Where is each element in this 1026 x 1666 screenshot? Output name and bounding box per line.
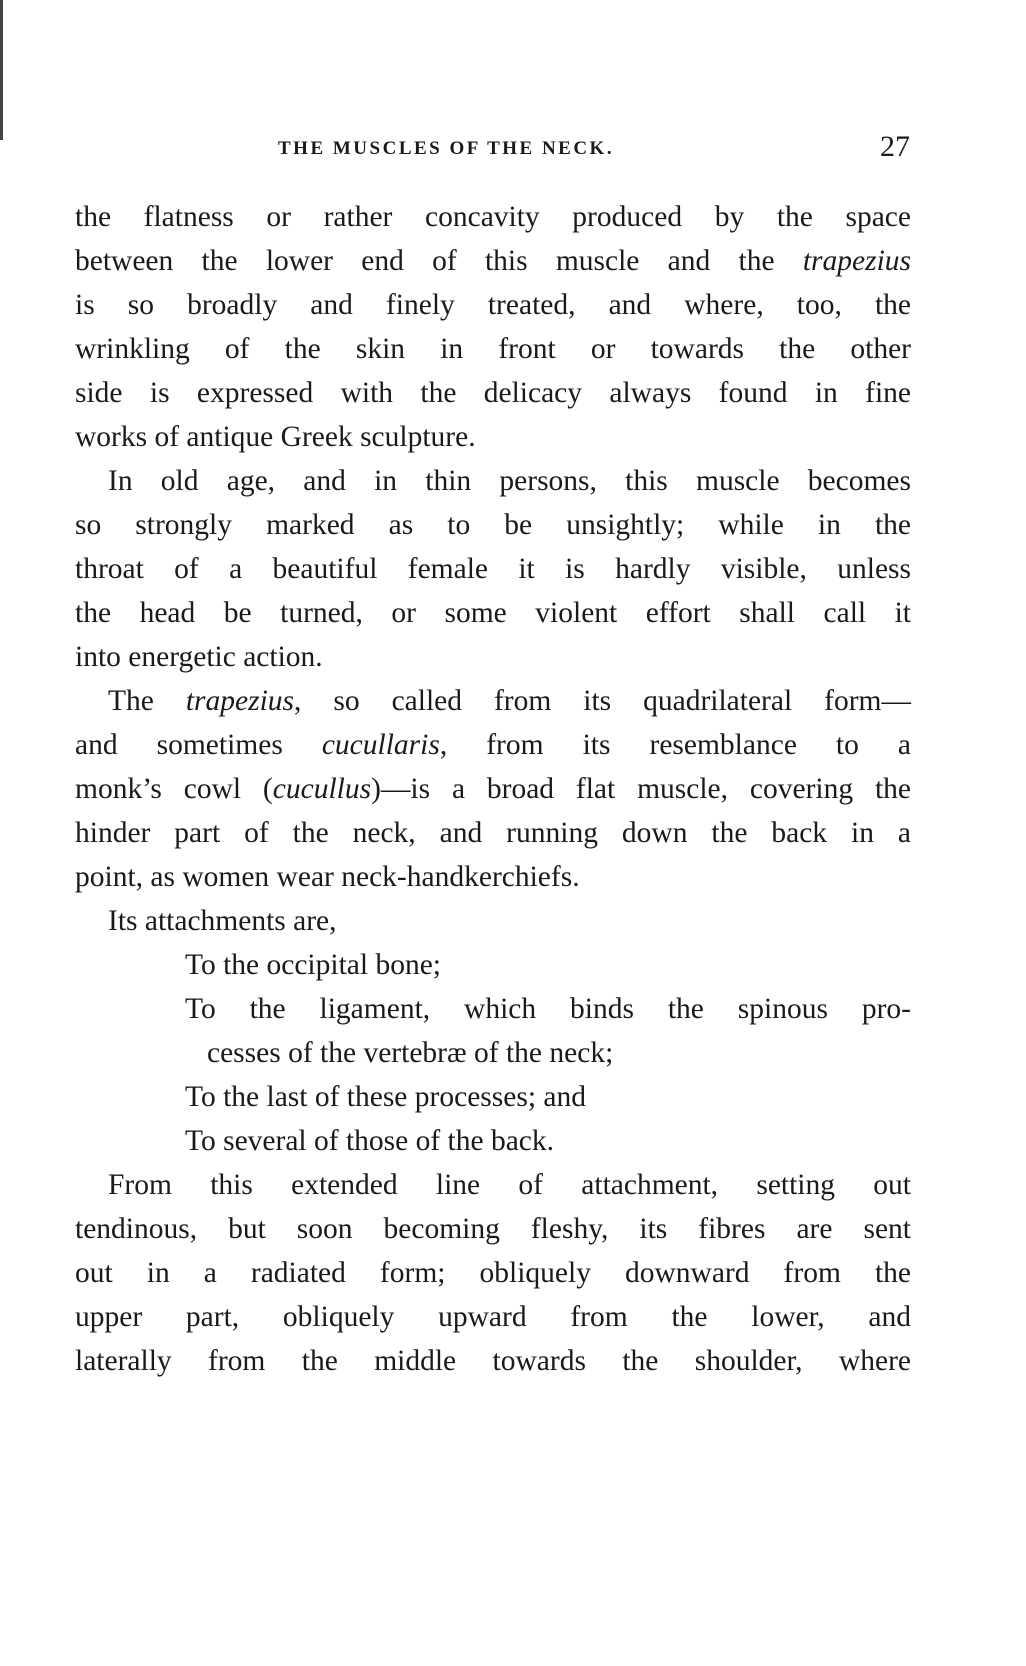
text-line: is so broadly and finely treated, and wh… — [75, 283, 911, 327]
italic-term: cucullus — [273, 773, 371, 805]
page-body: the flatness or rather concavity produce… — [75, 195, 911, 1383]
italic-term: trapezius — [186, 685, 294, 717]
text-line: side is expressed with the delicacy alwa… — [75, 371, 911, 415]
text-line: In old age, and in thin persons, this mu… — [75, 459, 911, 503]
page-edge-shadow — [0, 0, 3, 140]
text-line: out in a radiated form; obliquely downwa… — [75, 1251, 911, 1295]
text-line: throat of a beautiful female it is hardl… — [75, 547, 911, 591]
text-line: From this extended line of attachment, s… — [75, 1163, 911, 1207]
italic-term: trapezius — [803, 245, 911, 277]
text-line: between the lower end of this muscle and… — [75, 239, 911, 283]
text-line: laterally from the middle towards the sh… — [75, 1339, 911, 1383]
running-title: THE MUSCLES OF THE NECK. — [278, 138, 614, 160]
text-line: monk’s cowl (cucullus)—is a broad flat m… — [75, 767, 911, 811]
page-number: 27 — [880, 130, 910, 164]
text-line: Its attachments are, — [75, 899, 911, 943]
list-item-continuation: cesses of the vertebræ of the neck; — [75, 1031, 911, 1075]
text-line: point, as women wear neck-handkerchiefs. — [75, 855, 911, 899]
text-line: the flatness or rather concavity produce… — [75, 195, 911, 239]
italic-term: cucullaris — [322, 729, 440, 761]
text-line: so strongly marked as to be unsightly; w… — [75, 503, 911, 547]
text-line: the head be turned, or some violent effo… — [75, 591, 911, 635]
list-item: To the ligament, which binds the spinous… — [75, 987, 911, 1031]
text-line: into energetic action. — [75, 635, 911, 679]
text-line: wrinkling of the skin in front or toward… — [75, 327, 911, 371]
text-line: works of antique Greek sculpture. — [75, 415, 911, 459]
list-item: To several of those of the back. — [75, 1119, 911, 1163]
text-line: The trapezius, so called from its quadri… — [75, 679, 911, 723]
list-item: To the last of these processes; and — [75, 1075, 911, 1119]
text-line: tendinous, but soon becoming fleshy, its… — [75, 1207, 911, 1251]
page-header: THE MUSCLES OF THE NECK. 27 — [70, 130, 910, 170]
text-line: and sometimes cucullaris, from its resem… — [75, 723, 911, 767]
list-item: To the occipital bone; — [75, 943, 911, 987]
text-line: upper part, obliquely upward from the lo… — [75, 1295, 911, 1339]
text-line: hinder part of the neck, and running dow… — [75, 811, 911, 855]
